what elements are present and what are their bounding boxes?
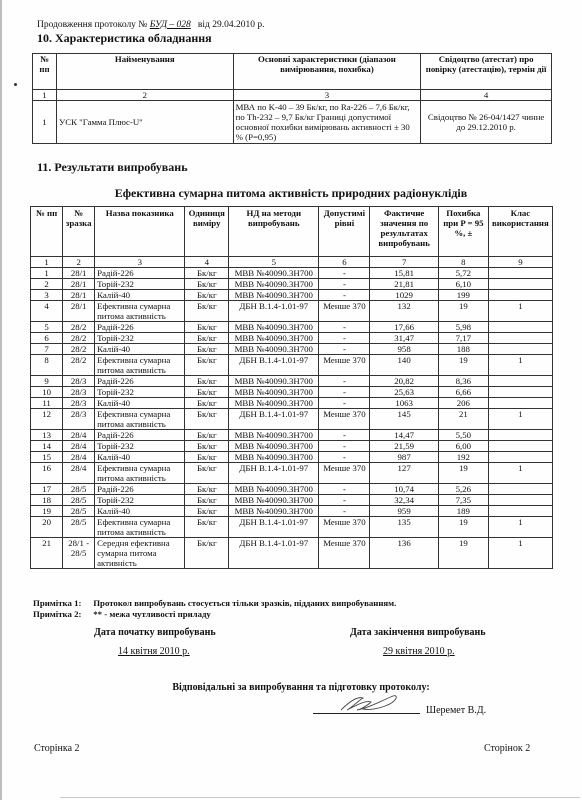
unit: Бк/кг — [185, 409, 229, 430]
results-table-title: Ефективна сумарна питома активність прир… — [0, 186, 582, 201]
row-number: 8 — [31, 355, 63, 376]
sample-number: 28/4 — [63, 463, 95, 484]
row-number: 6 — [31, 333, 63, 344]
actual-value: 15,81 — [370, 268, 439, 279]
end-date-label: Дата закінчення випробувань — [350, 627, 486, 638]
error-value: 6,00 — [438, 441, 488, 452]
test-method: ДБН В.1.4-1.01-97 — [229, 355, 319, 376]
section-10-title: 10. Характеристика обладнання — [37, 31, 212, 46]
usage-class — [488, 268, 552, 279]
indicator-name: Торій-232 — [95, 387, 185, 398]
actual-value: 20,82 — [370, 376, 439, 387]
col-header: № пп — [33, 54, 57, 90]
row-number: 11 — [31, 398, 63, 409]
actual-value: 140 — [370, 355, 439, 376]
usage-class — [488, 376, 552, 387]
permissible-level: - — [319, 376, 370, 387]
note-text: Протокол випробувань стосується тільки з… — [93, 598, 396, 608]
test-method: МВВ №40090.3Н700 — [229, 495, 319, 506]
usage-class — [488, 344, 552, 355]
actual-value: 127 — [370, 463, 439, 484]
indicator-name: Калій-40 — [95, 506, 185, 517]
sample-number: 28/4 — [63, 441, 95, 452]
unit: Бк/кг — [185, 387, 229, 398]
col-number: 3 — [95, 257, 185, 268]
actual-value: 1029 — [370, 290, 439, 301]
end-date-value: 29 квітня 2010 р. — [383, 646, 455, 657]
sample-number: 28/1 — [63, 268, 95, 279]
row-number: 21 — [31, 538, 63, 569]
actual-value: 145 — [370, 409, 439, 430]
col-number: 3 — [233, 90, 421, 101]
test-method: МВВ №40090.3Н700 — [229, 279, 319, 290]
indicator-name: Ефективна сумарна питома активність — [95, 463, 185, 484]
test-method: МВВ №40090.3Н700 — [229, 268, 319, 279]
col-header: Фактичне значення по результатах випробу… — [370, 207, 439, 257]
col-header: Назва показника — [95, 207, 185, 257]
test-method: МВВ №40090.3Н700 — [229, 452, 319, 463]
error-value: 189 — [438, 506, 488, 517]
table-row: 1828/5Торій-232Бк/кгМВВ №40090.3Н700-32,… — [31, 495, 553, 506]
row-number: 13 — [31, 430, 63, 441]
row-number: 19 — [31, 506, 63, 517]
row-number: 4 — [31, 301, 63, 322]
error-value: 5,72 — [438, 268, 488, 279]
sample-number: 28/5 — [63, 495, 95, 506]
usage-class — [488, 430, 552, 441]
table-row: 428/1Ефективна сумарна питома активність… — [31, 301, 553, 322]
unit: Бк/кг — [185, 344, 229, 355]
permissible-level: - — [319, 279, 370, 290]
table-row: 2128/1 - 28/5Середня ефективна сумарна п… — [31, 538, 553, 569]
actual-value: 32,34 — [370, 495, 439, 506]
indicator-name: Радій-226 — [95, 430, 185, 441]
permissible-level: - — [319, 452, 370, 463]
note-2: Примітка 2: ** - межа чутливості приладу — [33, 609, 211, 619]
sample-number: 28/1 - 28/5 — [63, 538, 95, 569]
scan-speck — [14, 83, 17, 86]
error-value: 8,36 — [438, 376, 488, 387]
scan-edge — [0, 0, 2, 800]
col-number: 1 — [31, 257, 63, 268]
equipment-table: № пп Найменування Основні характеристики… — [32, 53, 552, 144]
test-method: ДБН В.1.4-1.01-97 — [229, 538, 319, 569]
test-method: МВВ №40090.3Н700 — [229, 387, 319, 398]
usage-class — [488, 398, 552, 409]
test-method: МВВ №40090.3Н700 — [229, 376, 319, 387]
col-header: НД на методи випробувань — [229, 207, 319, 257]
indicator-name: Калій-40 — [95, 398, 185, 409]
col-number: 2 — [56, 90, 233, 101]
test-method: ДБН В.1.4-1.01-97 — [229, 517, 319, 538]
usage-class — [488, 441, 552, 452]
sample-number: 28/1 — [63, 290, 95, 301]
table-row: 928/3Радій-226Бк/кгМВВ №40090.3Н700-20,8… — [31, 376, 553, 387]
actual-value: 135 — [370, 517, 439, 538]
table-row: 628/2Торій-232Бк/кгМВВ №40090.3Н700-31,4… — [31, 333, 553, 344]
table-row: 1428/4Торій-232Бк/кгМВВ №40090.3Н700-21,… — [31, 441, 553, 452]
table-row: 128/1Радій-226Бк/кгМВВ №40090.3Н700-15,8… — [31, 268, 553, 279]
actual-value: 136 — [370, 538, 439, 569]
test-method: МВВ №40090.3Н700 — [229, 344, 319, 355]
unit: Бк/кг — [185, 398, 229, 409]
start-date-label: Дата початку випробувань — [94, 627, 216, 638]
error-value: 7,35 — [438, 495, 488, 506]
section-11-title: 11. Результати випробувань — [37, 160, 188, 175]
permissible-level: Менше 370 — [319, 409, 370, 430]
test-method: МВВ №40090.3Н700 — [229, 322, 319, 333]
usage-class — [488, 279, 552, 290]
col-header: Найменування — [56, 54, 233, 90]
document-page: Продовження протоколу № БУД – 028 від 29… — [0, 0, 582, 800]
table-row: 1028/3Торій-232Бк/кгМВВ №40090.3Н700-25,… — [31, 387, 553, 398]
col-number: 2 — [63, 257, 95, 268]
col-number: 4 — [185, 257, 229, 268]
actual-value: 10,74 — [370, 484, 439, 495]
sample-number: 28/5 — [63, 506, 95, 517]
note-text: ** - межа чутливості приладу — [93, 609, 211, 619]
unit: Бк/кг — [185, 538, 229, 569]
protocol-header: Продовження протоколу № БУД – 028 від 29… — [37, 20, 265, 30]
col-header: Одиниця виміру — [185, 207, 229, 257]
test-method: ДБН В.1.4-1.01-97 — [229, 301, 319, 322]
table-row: 528/2Радій-226Бк/кгМВВ №40090.3Н700-17,6… — [31, 322, 553, 333]
indicator-name: Ефективна сумарна питома активність — [95, 409, 185, 430]
unit: Бк/кг — [185, 495, 229, 506]
test-method: ДБН В.1.4-1.01-97 — [229, 463, 319, 484]
actual-value: 132 — [370, 301, 439, 322]
table-row: 1728/5Радій-226Бк/кгМВВ №40090.3Н700-10,… — [31, 484, 553, 495]
equipment-name: УСК "Гамма Плюс-U" — [56, 101, 233, 144]
test-method: МВВ №40090.3Н700 — [229, 484, 319, 495]
permissible-level: - — [319, 495, 370, 506]
error-value: 19 — [438, 355, 488, 376]
protocol-number: БУД – 028 — [150, 20, 191, 30]
permissible-level: Менше 370 — [319, 301, 370, 322]
table-row: 228/1Торій-232Бк/кгМВВ №40090.3Н700-21,8… — [31, 279, 553, 290]
unit: Бк/кг — [185, 506, 229, 517]
unit: Бк/кг — [185, 452, 229, 463]
col-header: Допустимі рівні — [319, 207, 370, 257]
table-row: 2028/5Ефективна сумарна питома активніст… — [31, 517, 553, 538]
test-method: МВВ №40090.3Н700 — [229, 430, 319, 441]
usage-class — [488, 452, 552, 463]
indicator-name: Радій-226 — [95, 484, 185, 495]
row-number: 17 — [31, 484, 63, 495]
permissible-level: Менше 370 — [319, 517, 370, 538]
row-number: 2 — [31, 279, 63, 290]
actual-value: 959 — [370, 506, 439, 517]
unit: Бк/кг — [185, 376, 229, 387]
unit: Бк/кг — [185, 290, 229, 301]
unit: Бк/кг — [185, 430, 229, 441]
test-method: МВВ №40090.3Н700 — [229, 290, 319, 301]
row-number: 18 — [31, 495, 63, 506]
sample-number: 28/3 — [63, 398, 95, 409]
indicator-name: Торій-232 — [95, 441, 185, 452]
col-number: 1 — [33, 90, 57, 101]
error-value: 19 — [438, 463, 488, 484]
indicator-name: Торій-232 — [95, 279, 185, 290]
col-header: Основні характеристики (діапазон вимірюв… — [233, 54, 421, 90]
permissible-level: - — [319, 387, 370, 398]
row-number: 1 — [31, 268, 63, 279]
indicator-name: Радій-226 — [95, 322, 185, 333]
permissible-level: - — [319, 506, 370, 517]
usage-class — [488, 506, 552, 517]
col-number: 9 — [488, 257, 552, 268]
col-header: Свідоцтво (атестат) про повірку (атестац… — [421, 54, 552, 90]
permissible-level: - — [319, 484, 370, 495]
row-number: 7 — [31, 344, 63, 355]
test-method: МВВ №40090.3Н700 — [229, 333, 319, 344]
error-value: 5,50 — [438, 430, 488, 441]
sample-number: 28/5 — [63, 484, 95, 495]
row-number: 14 — [31, 441, 63, 452]
page-count: Сторінок 2 — [484, 743, 530, 754]
indicator-name: Торій-232 — [95, 333, 185, 344]
sample-number: 28/2 — [63, 322, 95, 333]
unit: Бк/кг — [185, 279, 229, 290]
permissible-level: - — [319, 344, 370, 355]
results-table-body: 128/1Радій-226Бк/кгМВВ №40090.3Н700-15,8… — [31, 268, 553, 569]
sample-number: 28/2 — [63, 355, 95, 376]
note-label: Примітка 1: — [33, 598, 91, 608]
error-value: 19 — [438, 301, 488, 322]
row-number: 1 — [33, 101, 57, 144]
unit: Бк/кг — [185, 268, 229, 279]
table-row: 828/2Ефективна сумарна питома активність… — [31, 355, 553, 376]
indicator-name: Торій-232 — [95, 495, 185, 506]
permissible-level: Менше 370 — [319, 355, 370, 376]
error-value: 5,26 — [438, 484, 488, 495]
unit: Бк/кг — [185, 484, 229, 495]
test-method: ДБН В.1.4-1.01-97 — [229, 409, 319, 430]
usage-class — [488, 495, 552, 506]
actual-value: 31,47 — [370, 333, 439, 344]
col-number: 5 — [229, 257, 319, 268]
unit: Бк/кг — [185, 441, 229, 452]
unit: Бк/кг — [185, 517, 229, 538]
col-header: Клас використання — [488, 207, 552, 257]
indicator-name: Ефективна сумарна питома активність — [95, 517, 185, 538]
page-number: Сторінка 2 — [34, 743, 80, 754]
permissible-level: - — [319, 333, 370, 344]
sample-number: 28/5 — [63, 517, 95, 538]
row-number: 10 — [31, 387, 63, 398]
table-row: 728/2Калій-40Бк/кгМВВ №40090.3Н700-95818… — [31, 344, 553, 355]
test-method: МВВ №40090.3Н700 — [229, 398, 319, 409]
permissible-level: - — [319, 430, 370, 441]
usage-class: 1 — [488, 517, 552, 538]
equipment-certificate: Свідоцтво № 26-04/1427 чинне до 29.12.20… — [421, 101, 552, 144]
usage-class — [488, 387, 552, 398]
error-value: 7,17 — [438, 333, 488, 344]
indicator-name: Калій-40 — [95, 290, 185, 301]
col-number: 7 — [370, 257, 439, 268]
sample-number: 28/1 — [63, 301, 95, 322]
row-number: 16 — [31, 463, 63, 484]
responsible-name: Шеремет В.Д. — [426, 705, 486, 716]
table-header-row: № пп№ зразкаНазва показникаОдиниця вимір… — [31, 207, 553, 257]
permissible-level: - — [319, 290, 370, 301]
table-row: 1128/3Калій-40Бк/кгМВВ №40090.3Н700-1063… — [31, 398, 553, 409]
note-1: Примітка 1: Протокол випробувань стосуєт… — [33, 598, 396, 608]
usage-class: 1 — [488, 301, 552, 322]
permissible-level: Менше 370 — [319, 538, 370, 569]
row-number: 9 — [31, 376, 63, 387]
error-value: 199 — [438, 290, 488, 301]
row-number: 5 — [31, 322, 63, 333]
unit: Бк/кг — [185, 355, 229, 376]
error-value: 21 — [438, 409, 488, 430]
actual-value: 17,66 — [370, 322, 439, 333]
actual-value: 987 — [370, 452, 439, 463]
actual-value: 14,47 — [370, 430, 439, 441]
error-value: 192 — [438, 452, 488, 463]
scan-edge-bottom — [60, 797, 580, 798]
indicator-name: Радій-226 — [95, 268, 185, 279]
col-header: № пп — [31, 207, 63, 257]
sample-number: 28/3 — [63, 409, 95, 430]
sample-number: 28/2 — [63, 344, 95, 355]
error-value: 206 — [438, 398, 488, 409]
table-row: 1528/4Калій-40Бк/кгМВВ №40090.3Н700-9871… — [31, 452, 553, 463]
row-number: 3 — [31, 290, 63, 301]
permissible-level: - — [319, 441, 370, 452]
actual-value: 958 — [370, 344, 439, 355]
permissible-level: - — [319, 398, 370, 409]
test-method: МВВ №40090.3Н700 — [229, 441, 319, 452]
usage-class — [488, 484, 552, 495]
sample-number: 28/1 — [63, 279, 95, 290]
equipment-characteristics: МВА по K-40 – 39 Бк/кг, по Ra-226 – 7,6 … — [233, 101, 421, 144]
row-number: 15 — [31, 452, 63, 463]
actual-value: 21,59 — [370, 441, 439, 452]
actual-value: 21,81 — [370, 279, 439, 290]
usage-class: 1 — [488, 409, 552, 430]
usage-class: 1 — [488, 538, 552, 569]
indicator-name: Калій-40 — [95, 452, 185, 463]
col-number: 6 — [319, 257, 370, 268]
row-number: 20 — [31, 517, 63, 538]
sample-number: 28/2 — [63, 333, 95, 344]
note-label: Примітка 2: — [33, 609, 91, 619]
error-value: 6,66 — [438, 387, 488, 398]
date-prefix: від — [198, 20, 210, 30]
signature-icon — [335, 692, 405, 714]
unit: Бк/кг — [185, 322, 229, 333]
indicator-name: Радій-226 — [95, 376, 185, 387]
protocol-date: 29.04.2010 р. — [212, 20, 264, 30]
table-row: 1 УСК "Гамма Плюс-U" МВА по K-40 – 39 Бк… — [33, 101, 552, 144]
col-header: № зразка — [63, 207, 95, 257]
usage-class: 1 — [488, 355, 552, 376]
unit: Бк/кг — [185, 333, 229, 344]
usage-class — [488, 322, 552, 333]
permissible-level: - — [319, 268, 370, 279]
table-row: 1228/3Ефективна сумарна питома активніст… — [31, 409, 553, 430]
col-number: 8 — [438, 257, 488, 268]
unit: Бк/кг — [185, 301, 229, 322]
error-value: 5,98 — [438, 322, 488, 333]
indicator-name: Середня ефективна сумарна питома активні… — [95, 538, 185, 569]
permissible-level: - — [319, 322, 370, 333]
error-value: 188 — [438, 344, 488, 355]
actual-value: 25,63 — [370, 387, 439, 398]
column-number-row: 1 2 3 4 — [33, 90, 552, 101]
permissible-level: Менше 370 — [319, 463, 370, 484]
table-row: 328/1Калій-40Бк/кгМВВ №40090.3Н700-10291… — [31, 290, 553, 301]
table-header-row: № пп Найменування Основні характеристики… — [33, 54, 552, 90]
error-value: 19 — [438, 538, 488, 569]
sample-number: 28/4 — [63, 452, 95, 463]
unit: Бк/кг — [185, 463, 229, 484]
indicator-name: Ефективна сумарна питома активність — [95, 301, 185, 322]
sample-number: 28/4 — [63, 430, 95, 441]
continuation-prefix: Продовження протоколу № — [37, 20, 147, 30]
sample-number: 28/3 — [63, 376, 95, 387]
table-row: 1328/4Радій-226Бк/кгМВВ №40090.3Н700-14,… — [31, 430, 553, 441]
col-number: 4 — [421, 90, 552, 101]
col-header: Похибка при P = 95 %, ± — [438, 207, 488, 257]
column-number-row: 123456789 — [31, 257, 553, 268]
indicator-name: Калій-40 — [95, 344, 185, 355]
responsible-label: Відповідальні за випробування та підгото… — [0, 682, 582, 693]
usage-class: 1 — [488, 463, 552, 484]
usage-class — [488, 333, 552, 344]
actual-value: 1063 — [370, 398, 439, 409]
sample-number: 28/3 — [63, 387, 95, 398]
table-row: 1928/5Калій-40Бк/кгМВВ №40090.3Н700-9591… — [31, 506, 553, 517]
error-value: 19 — [438, 517, 488, 538]
indicator-name: Ефективна сумарна питома активність — [95, 355, 185, 376]
error-value: 6,10 — [438, 279, 488, 290]
test-method: МВВ №40090.3Н700 — [229, 506, 319, 517]
row-number: 12 — [31, 409, 63, 430]
start-date-value: 14 квітня 2010 р. — [118, 646, 190, 657]
usage-class — [488, 290, 552, 301]
table-row: 1628/4Ефективна сумарна питома активніст… — [31, 463, 553, 484]
signature-line — [313, 713, 420, 714]
results-table: № пп№ зразкаНазва показникаОдиниця вимір… — [30, 206, 553, 569]
